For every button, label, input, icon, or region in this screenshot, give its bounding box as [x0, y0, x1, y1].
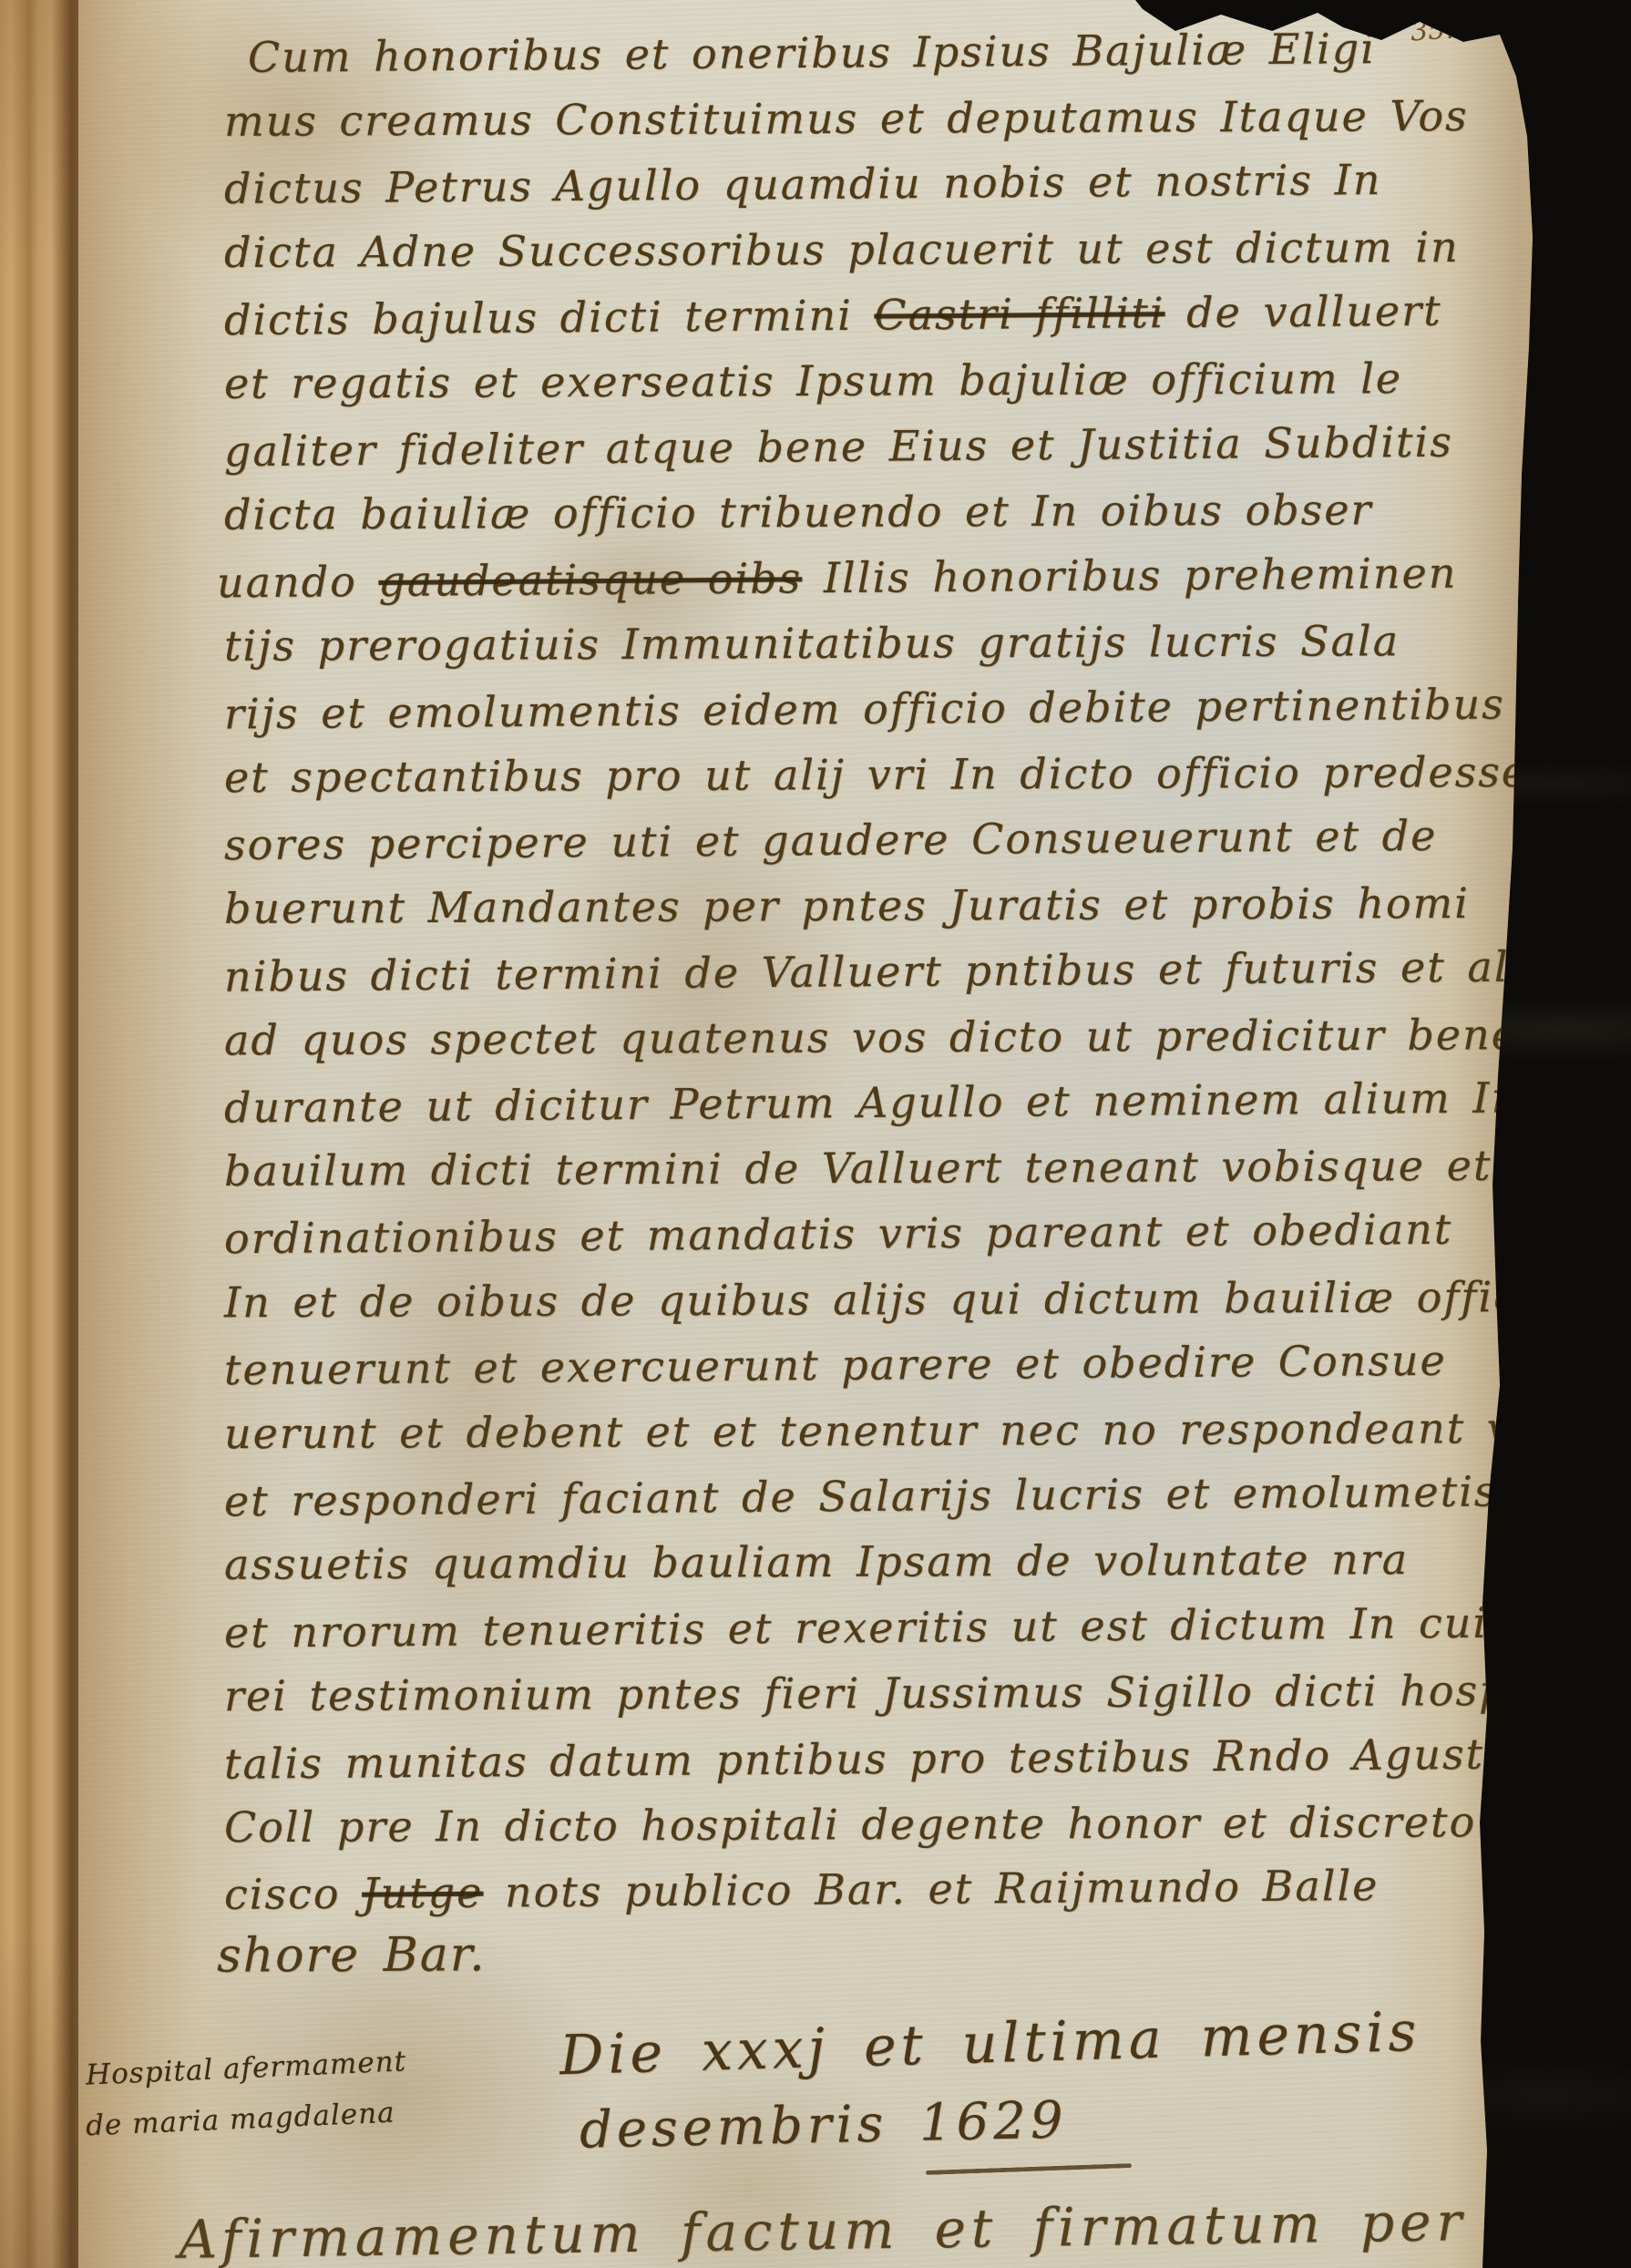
date-line-1: Die xxxj et ultima mensis: [559, 2000, 1421, 2088]
manuscript-line: mus creamus Constituimus et deputamus It…: [224, 88, 1469, 149]
adjacent-page-edge: [0, 0, 84, 2268]
line-text: uando: [217, 557, 379, 607]
line-text: dictis bajulus dicti termini: [224, 291, 875, 345]
manuscript-line: dictus Petrus Agullo quamdiu nobis et no…: [224, 152, 1382, 216]
manuscript-line: et regatis et exerseatis Ipsum bajuliæ o…: [224, 351, 1402, 411]
line-text: nots publico Bar. et Raijmundo Balle: [483, 1861, 1379, 1917]
manuscript-line: buerunt Mandantes per pntes Juratis et p…: [224, 876, 1470, 936]
strikethrough-text: Jutge: [362, 1868, 484, 1918]
manuscript-line: dicta baiuliæ officio tribuendo et In oi…: [224, 482, 1373, 541]
manuscript-line: dicta Adne Successoribus placuerit ut es…: [224, 220, 1460, 280]
manuscript-line: shore Bar.: [217, 1927, 487, 1983]
manuscript-line: sores percipere uti et gaudere Consueuer…: [224, 808, 1438, 872]
manuscript-line: galiter fideliter atque bene Eius et Jus…: [224, 415, 1453, 479]
margin-note-line-1: Hospital afermament: [85, 2045, 406, 2091]
closing-line: Afirmamentum factum et firmatum per Andr…: [179, 2187, 1631, 2268]
manuscript-line: tenuerunt et exercuerunt parere et obedi…: [224, 1333, 1447, 1398]
manuscript-line: bauilum dicti termini de Valluert tenean…: [224, 1138, 1493, 1198]
date-underline-flourish: [926, 2163, 1132, 2175]
date-line-2: desembris 1629: [579, 2090, 1068, 2160]
manuscript-line: et spectantibus pro ut alij vri In dicto…: [224, 744, 1528, 805]
line-text: Illis honoribus preheminen: [802, 549, 1458, 603]
manuscript-line: ad quos spectet quatenus vos dicto ut pr…: [224, 1007, 1631, 1068]
manuscript-line: rei testimonium pntes fieri Jussimus Sig…: [224, 1663, 1560, 1723]
manuscript-line: talis munitas datum pntibus pro testibus…: [224, 1726, 1556, 1791]
manuscript-line: tijs prerogatiuis Immunitatibus gratijs …: [224, 613, 1400, 673]
manuscript-line: uerunt et debent et et tenentur nec no r…: [224, 1401, 1606, 1462]
manuscript-line: durante ut dicitur Petrum Agullo et nemi…: [224, 1070, 1521, 1134]
photographed-manuscript: { "page": { "folio_number": "35.", "line…: [0, 0, 1631, 2268]
manuscript-line: nibus dicti termini de Valluert pntibus …: [224, 939, 1564, 1004]
manuscript-page: 35. Cum honoribus et oneribus Ipsius Baj…: [0, 0, 1631, 2268]
manuscript-line: Coll pre In dicto hospitali degente hono…: [224, 1794, 1593, 1855]
manuscript-line: uando gaudeatisque oibs Illis honoribus …: [217, 546, 1458, 611]
strikethrough-text: Castri ffilliti: [874, 288, 1165, 340]
manuscript-line: dictis bajulus dicti termini Castri ffil…: [224, 283, 1442, 347]
manuscript-line: et responderi faciant de Salarijs lucris…: [224, 1464, 1498, 1529]
margin-note-line-2: de maria magdalena: [85, 2097, 395, 2143]
manuscript-line: et nrorum tenueritis et rexeritis ut est…: [224, 1595, 1541, 1659]
manuscript-line: In et de oibus de quibus alijs qui dictu…: [224, 1269, 1605, 1330]
manuscript-line: rijs et emolumentis eidem officio debite…: [224, 676, 1505, 741]
manuscript-line: assuetis quamdiu bauliam Ipsam de volunt…: [224, 1532, 1409, 1592]
line-text: cisco: [224, 1869, 363, 1919]
manuscript-line: cisco Jutge nots publico Bar. et Raijmun…: [224, 1858, 1380, 1922]
strikethrough-text: gaudeatisque oibs: [378, 553, 802, 606]
manuscript-line: ordinationibus et mandatis vris pareant …: [224, 1202, 1453, 1267]
folio-number: 35.: [1410, 13, 1455, 47]
line-text: de valluert: [1164, 286, 1441, 337]
manuscript-line: Cum honoribus et oneribus Ipsius Bajuliæ…: [248, 21, 1376, 85]
